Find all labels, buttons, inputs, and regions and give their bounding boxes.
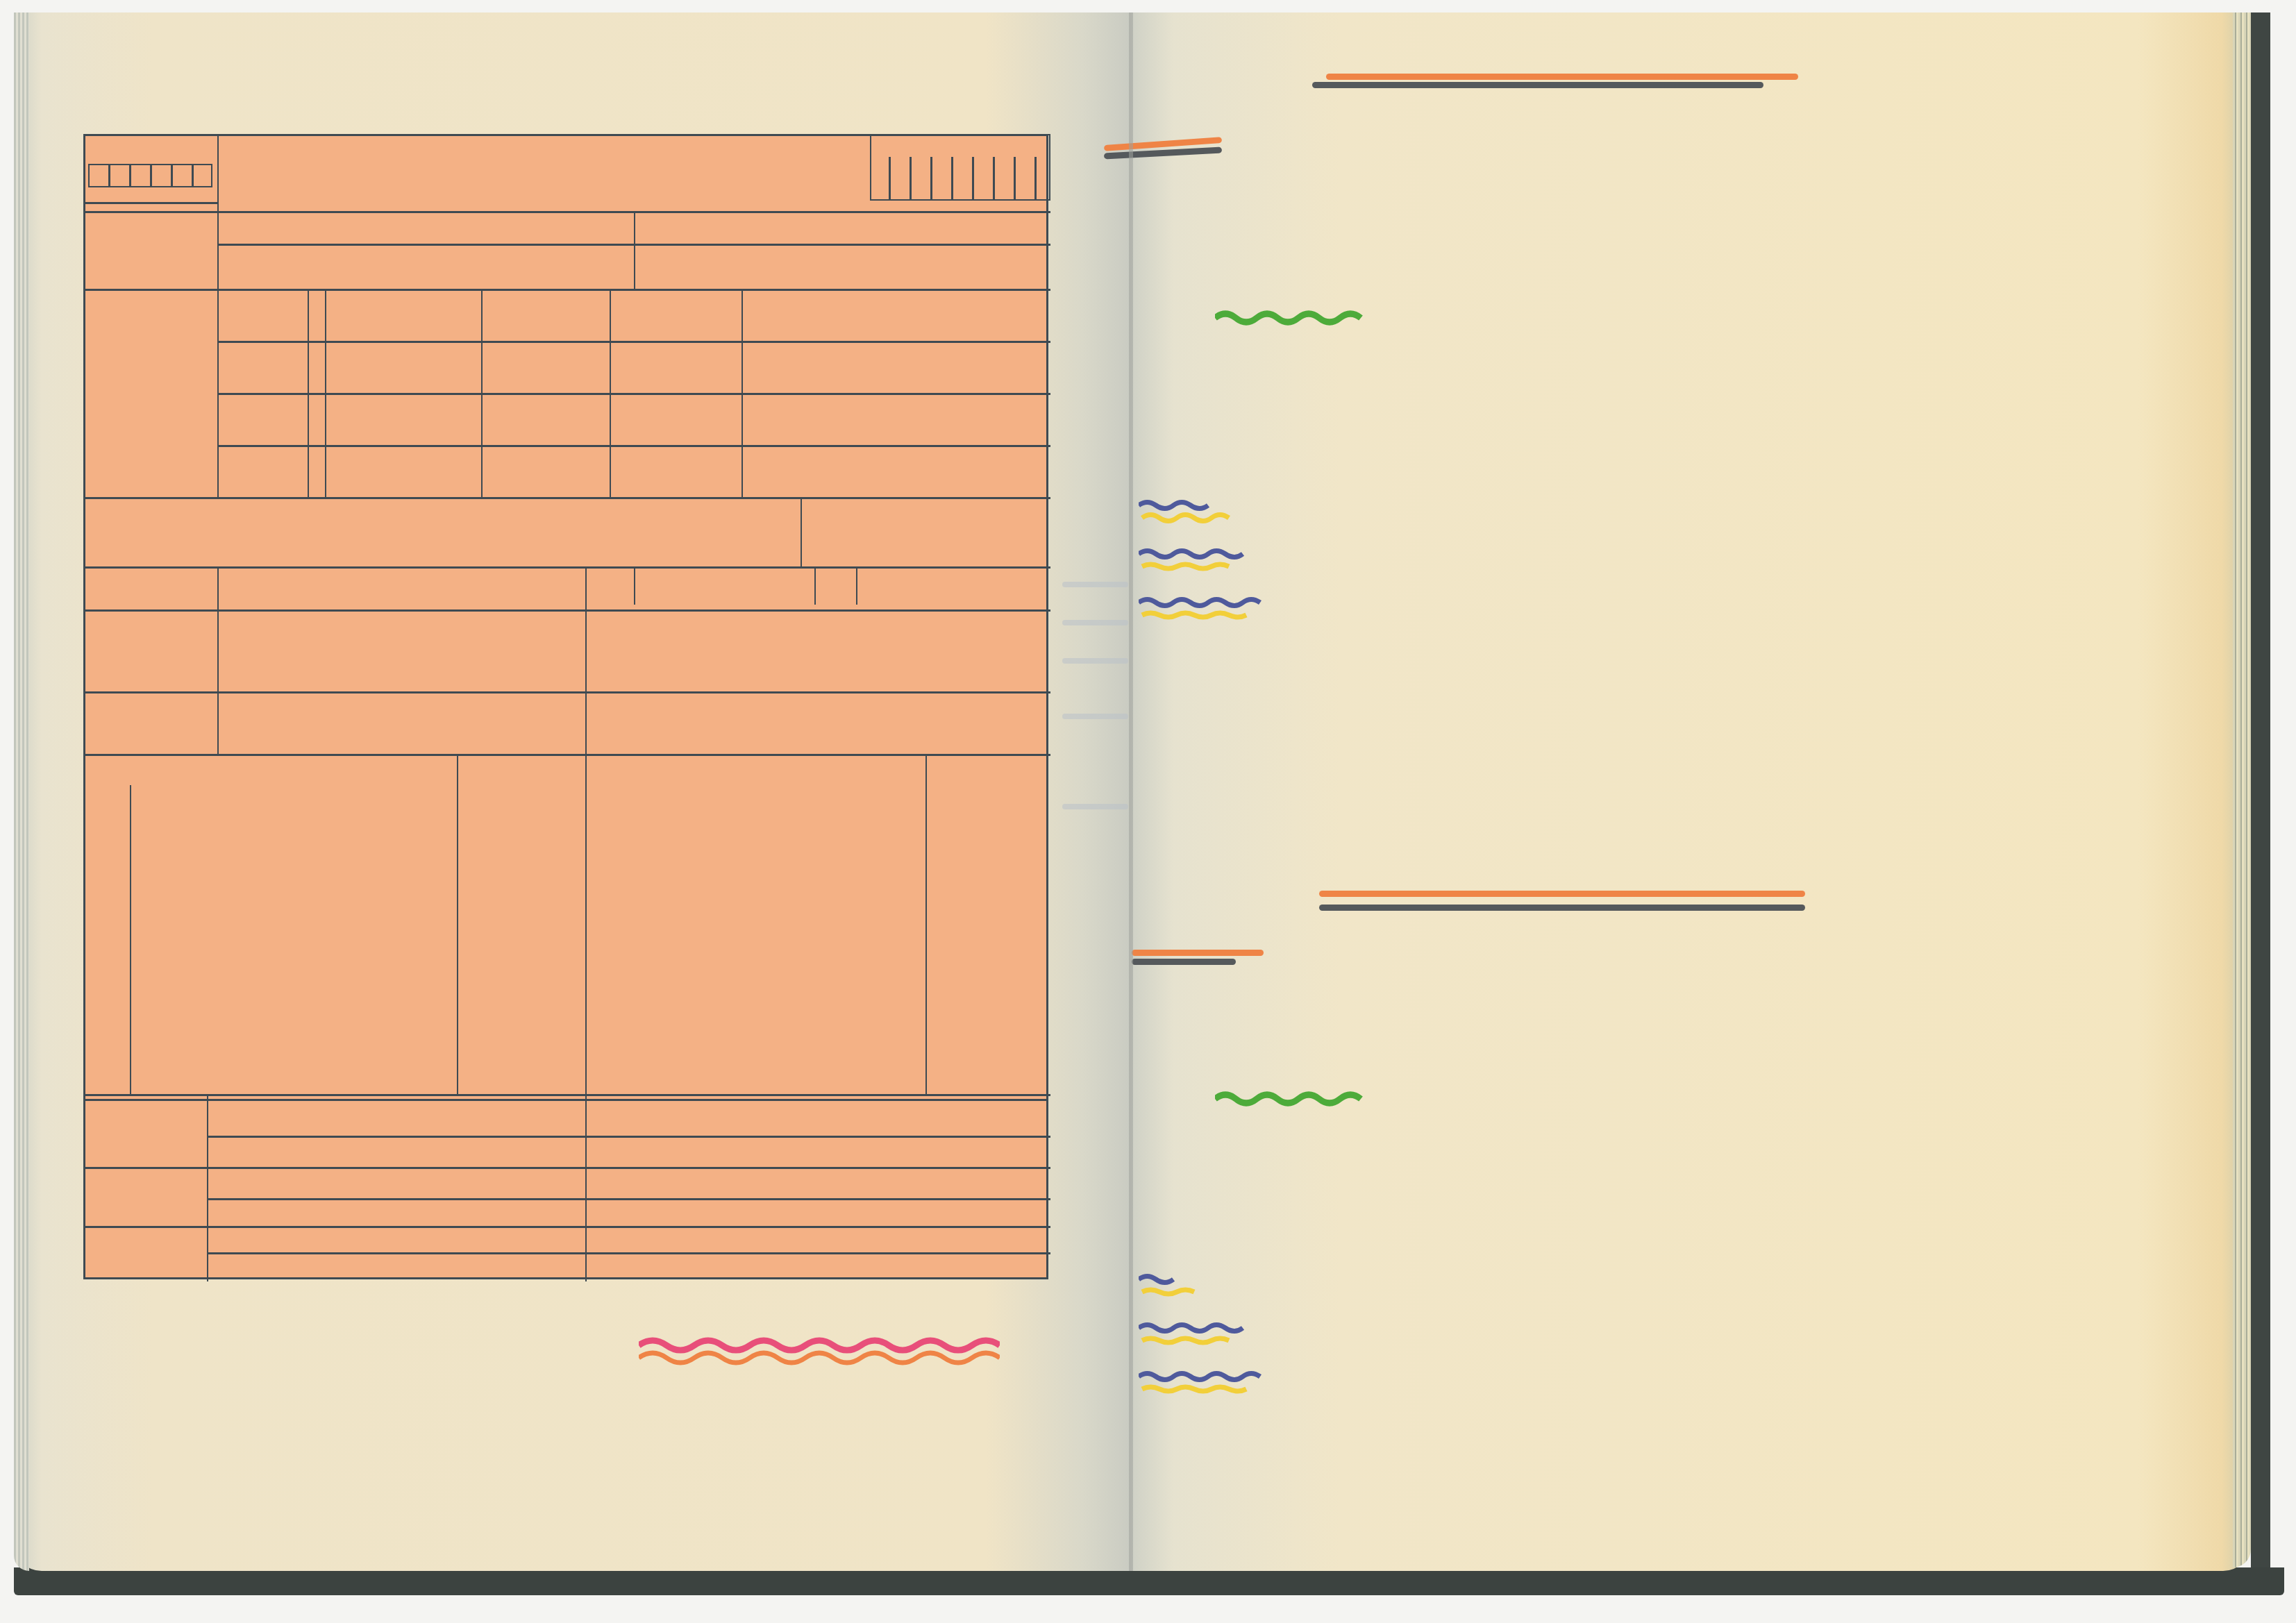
green-squiggle [1215,308,1375,328]
page-edges-right [2233,12,2251,1567]
sorszam-boxes [88,164,212,187]
book-cover-edge [14,1567,2284,1595]
open-notebook [14,12,2284,1609]
iktatoszam-boxes [870,157,1049,200]
bleed-through-mark [1062,714,1128,719]
bleed-through-mark [1062,620,1128,625]
left-page [14,12,1132,1571]
book-cover-spine-right [2251,12,2270,1567]
bleed-through-mark [1062,804,1128,809]
bleed-through-mark [1062,658,1128,664]
blue-yellow-squiggle [1139,596,1277,623]
page-edges [14,12,29,1571]
green-squiggle [1215,1088,1375,1109]
blue-yellow-squiggle [1139,1272,1236,1300]
match-report-form-lower [83,1099,1048,1279]
bleed-through-mark [1062,582,1128,587]
blue-yellow-squiggle [1139,1321,1250,1349]
right-page [1132,12,2251,1571]
pink-orange-underline [639,1331,1000,1373]
blue-yellow-squiggle [1139,498,1236,526]
blue-yellow-squiggle [1139,1370,1277,1397]
book-gutter [1129,12,1133,1571]
blue-yellow-squiggle [1139,547,1250,575]
match-2-headline [1215,946,1250,1014]
